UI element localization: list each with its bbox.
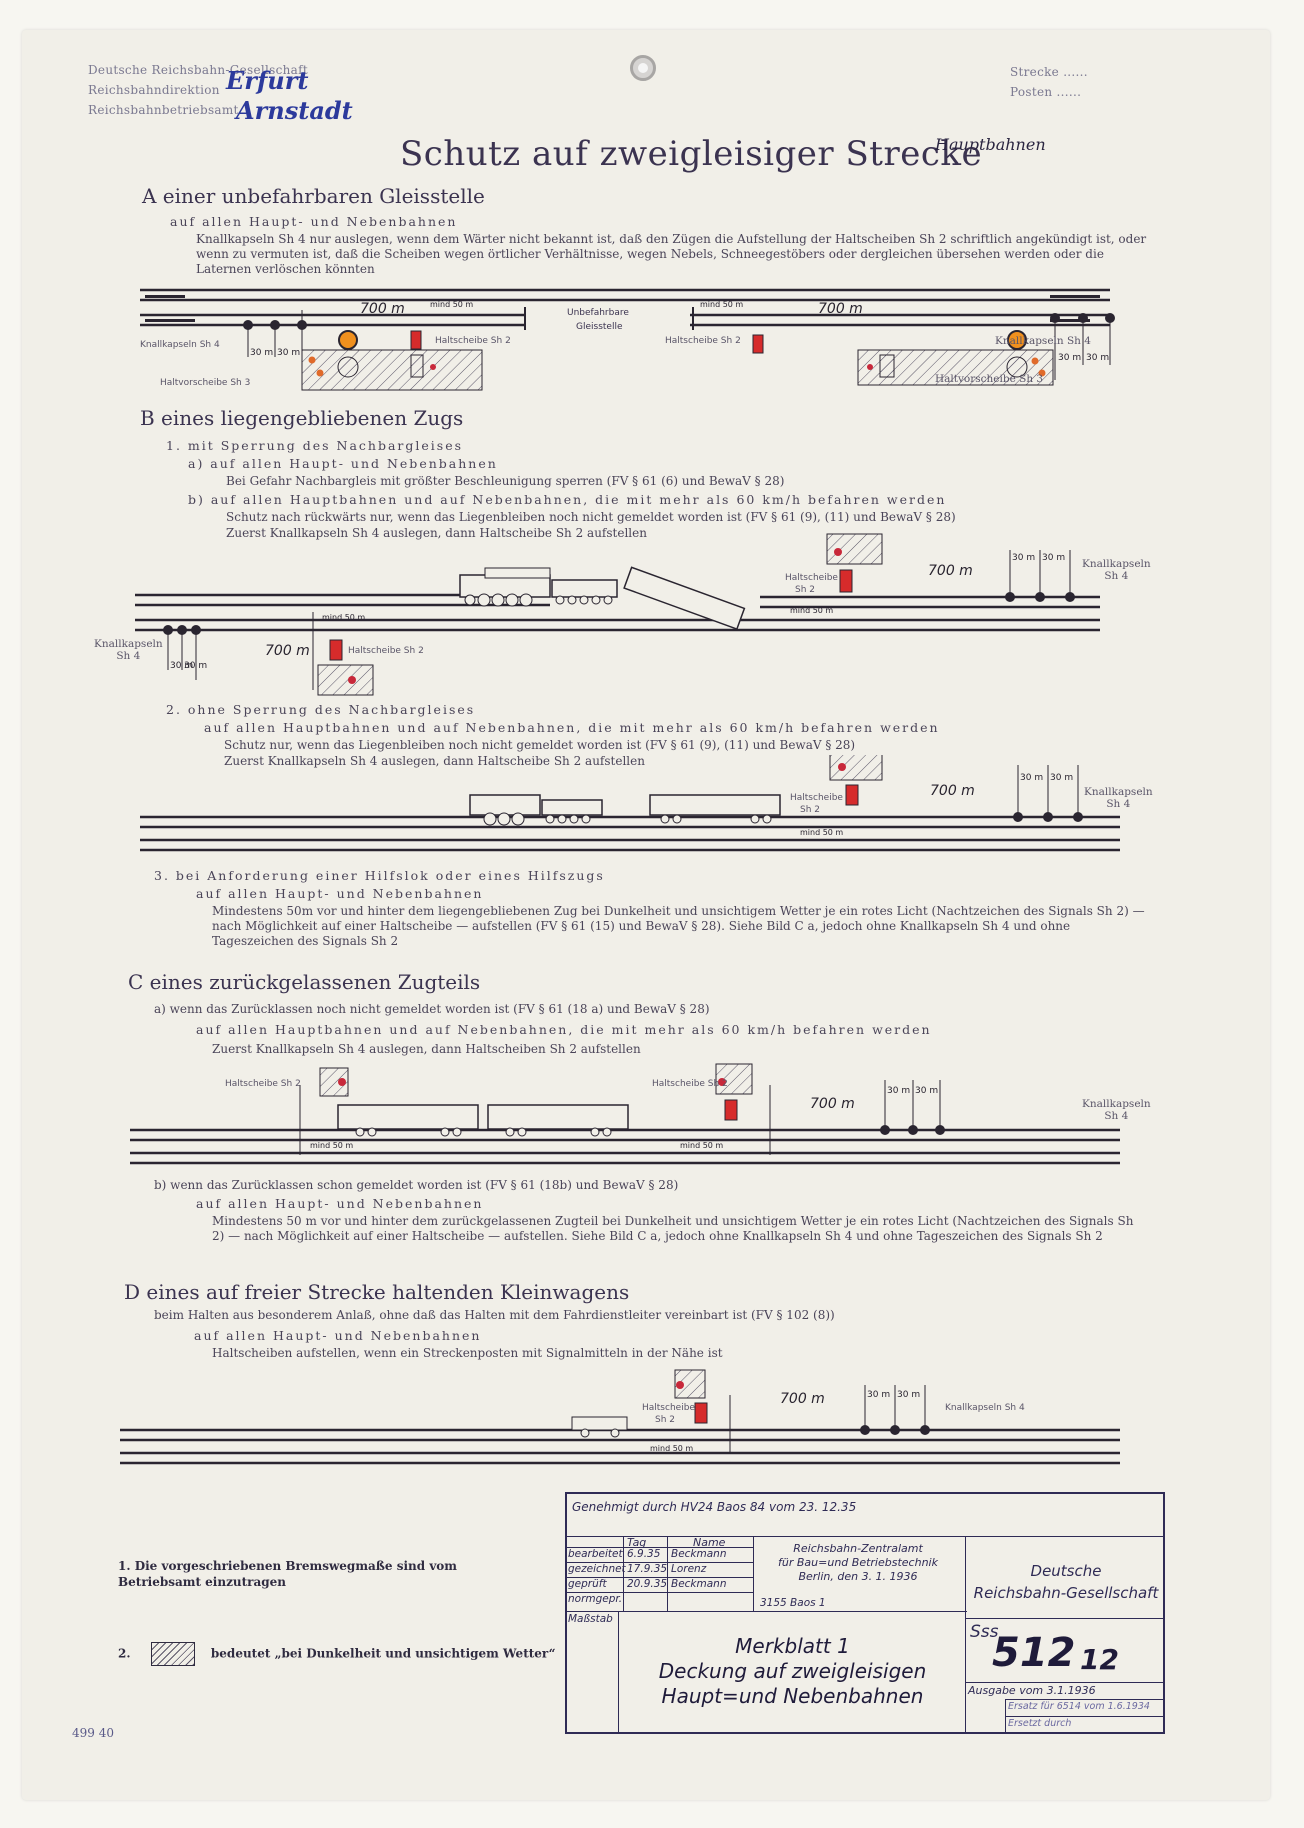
row-name: Beckmann [671,1578,727,1590]
halt2-label: Haltscheibe Sh 2 [225,1079,301,1089]
divider [565,1577,753,1578]
divider [753,1536,754,1611]
distance-handwritten: 700 m [265,643,310,659]
cb-title: b) wenn das Zurücklassen schon gemeldet … [154,1178,678,1193]
mind-label: mind 50 m [310,1141,353,1150]
spacing-label: 30 m [1042,553,1065,563]
center-label: Gleisstelle [576,322,623,332]
ca-text: Zuerst Knallkapseln Sh 4 auslegen, dann … [212,1042,641,1057]
section-a-scope: auf allen Haupt- und Nebenbahnen [170,214,457,229]
knall-label-right: KnallkapselnSh 4 [1082,558,1151,582]
row-tag: 6.9.35 [627,1548,660,1560]
title-annotation: Hauptbahnen [935,135,1046,154]
note-text: Die vorgeschriebenen Bremswegmaße sind v… [118,1559,457,1589]
mind-label: mind 50 m [650,1444,693,1453]
strecke-field: Strecke ...... [1010,62,1088,82]
scale-label: Maßstab [568,1613,613,1625]
halt2-label: Sh 2 [800,805,820,815]
knall-label-right: KnallkapselnSh 4 [1084,786,1153,810]
cb-text: Mindestens 50 m vor und hinter dem zurüc… [212,1214,1147,1244]
direktion-handwritten: Erfurt [226,66,308,95]
spacing-label: 30 m [1012,553,1035,563]
knall-label: Knallkapseln Sh 4 [945,1403,1025,1413]
row-name: Beckmann [671,1548,727,1560]
ausgabe: Ausgabe vom 3.1.1936 [968,1684,1096,1697]
divider [1005,1699,1165,1700]
center-label: Unbefahrbare [567,308,629,318]
b2-title: 2. ohne Sperrung des Nachbargleises [166,702,475,717]
distance-handwritten: 700 m [780,1391,825,1407]
knall-label-line: Knallkapseln [1082,558,1151,570]
ersatz-fuer: Ersatz für 6514 vom 1.6.1934 [1008,1701,1150,1712]
divider [1005,1716,1165,1717]
b3-text: Mindestens 50m vor und hinter dem liegen… [212,904,1147,949]
b1b-text1: Schutz nach rückwärts nur, wenn das Lieg… [226,510,956,525]
b2-scope: auf allen Hauptbahnen und auf Nebenbahne… [204,720,940,735]
reference: 3155 Baos 1 [760,1597,826,1609]
b3-title: 3. bei Anforderung einer Hilfslok oder e… [154,868,605,883]
spacing-label: 30 m [915,1086,938,1096]
halt2-label: Haltscheibe [642,1403,695,1413]
approval-note: Genehmigt durch HV24 Baos 84 vom 23. 12.… [572,1500,856,1514]
knall-label-line: Sh 4 [94,650,163,662]
sheet-title: Merkblatt 1 Deckung auf zweigleisigen Ha… [620,1634,965,1709]
divider [565,1562,753,1563]
halt2-label: Haltscheibe Sh 2 [652,1079,728,1089]
divider [618,1611,619,1734]
d-text2: Haltscheiben aufstellen, wenn ein Streck… [212,1346,723,1361]
cb-scope: auf allen Haupt- und Nebenbahnen [196,1196,483,1211]
sheet-title-line: Merkblatt 1 [620,1634,965,1659]
row-label: geprüft [568,1578,607,1590]
divider [565,1611,967,1612]
halt2-label: Haltscheibe [785,573,838,583]
office-block: Reichsbahn-Zentralamt für Bau=und Betrie… [758,1542,958,1584]
distance-handwritten: 700 m [810,1096,855,1112]
mind-label: mind 50 m [700,300,743,309]
knall-label-line: Sh 4 [1084,798,1153,810]
section-a-heading: A einer unbefahrbaren Gleisstelle [142,184,485,208]
row-name: Lorenz [671,1563,706,1575]
note-number: 1. [118,1559,131,1573]
note-number: 2. [118,1647,131,1661]
mind-label: mind 50 m [322,613,365,622]
halt2-label: Haltscheibe Sh 2 [665,336,741,346]
spacing-label: 30 m [277,348,300,358]
diagram-b2: Haltscheibe Sh 2 700 m mind 50 m 30 m 30… [130,755,1130,855]
office-line: Reichsbahn-Zentralamt [758,1542,958,1556]
distance-handwritten: 700 m [360,301,405,317]
approval-table: Tag Name bearbeitet 6.9.35 Beckmann geze… [565,1536,753,1611]
knall-label-right: Knallkapseln Sh 4 [995,335,1091,347]
halt2-label: Sh 2 [795,585,815,595]
note-2: 2. bedeutet „bei Dunkelheit und unsichti… [118,1642,556,1666]
divider [965,1618,1165,1619]
halt2-label: Haltscheibe [790,793,843,803]
number-main: 512 [992,1630,1076,1676]
betriebsamt-handwritten: Arnstadt [236,96,353,125]
section-a-text: Knallkapseln Sh 4 nur auslegen, wenn dem… [196,232,1156,277]
halt3-label: Haltvorscheibe Sh 3 [160,378,250,388]
spacing-label: 30 m [184,661,207,671]
right-fields: Strecke ...... Posten ...... [1010,62,1088,102]
divider [667,1536,668,1611]
b1-title: 1. mit Sperrung des Nachbargleises [166,438,463,453]
sheet-title-line: Deckung auf zweigleisigen [620,1659,965,1684]
spacing-label: 30 m [1058,353,1081,363]
d-scope: auf allen Haupt- und Nebenbahnen [194,1328,481,1343]
knall-label-right: KnallkapselnSh 4 [1082,1098,1151,1122]
sheet-title-line: Haupt=und Nebenbahnen [620,1684,965,1709]
office-line: Berlin, den 3. 1. 1936 [758,1570,958,1584]
spacing-label: 30 m [897,1390,920,1400]
divider [565,1592,753,1593]
section-c-heading: C eines zurückgelassenen Zugteils [128,970,480,994]
section-b-heading: B eines liegengebliebenen Zugs [140,406,463,430]
divider [965,1682,1165,1683]
halt2-label: Haltscheibe Sh 2 [348,646,424,656]
knall-label-left: KnallkapselnSh 4 [94,638,163,662]
print-number: 499 40 [72,1726,114,1740]
knall-label-line: Knallkapseln [1084,786,1153,798]
mind-label: mind 50 m [800,828,843,837]
divider [623,1536,624,1611]
b1b-scope: b) auf allen Hauptbahnen und auf Nebenba… [188,492,946,507]
spacing-label: 30 m [250,348,273,358]
company-name: Deutsche Reichsbahn-Gesellschaft [968,1560,1164,1604]
spacing-label: 30 m [887,1086,910,1096]
knall-label-line: Sh 4 [1082,1110,1151,1122]
d-text1: beim Halten aus besonderem Anlaß, ohne d… [154,1308,835,1323]
company-line: Deutsche [968,1560,1164,1582]
company-line: Reichsbahn-Gesellschaft [968,1582,1164,1604]
distance-handwritten: 700 m [930,783,975,799]
row-tag: 17.9.35 [627,1563,667,1575]
b2-text1: Schutz nur, wenn das Liegenbleiben noch … [224,738,855,753]
spacing-label: 30 m [1086,353,1109,363]
spacing-label: 30 m [1020,773,1043,783]
hatch-legend-icon [151,1642,195,1666]
ersetzt-durch: Ersetzt durch [1008,1718,1071,1729]
note-text: bedeutet „bei Dunkelheit und unsichtigem… [211,1647,556,1661]
ca-scope: auf allen Hauptbahnen und auf Nebenbahne… [196,1022,932,1037]
row-label: gezeichnet [568,1563,626,1575]
office-line: für Bau=und Betriebstechnik [758,1556,958,1570]
row-label: normgepr. [568,1593,622,1605]
distance-handwritten: 700 m [818,301,863,317]
diagram-c: Haltscheibe Sh 2 mind 50 m Haltscheibe S… [120,1060,1140,1170]
knall-label-line: Knallkapseln [94,638,163,650]
b1a-scope: a) auf allen Haupt- und Nebenbahnen [188,456,498,471]
divider [565,1547,753,1548]
b3-scope: auf allen Haupt- und Nebenbahnen [196,886,483,901]
knall-label: Knallkapseln Sh 4 [140,340,220,350]
number-sub: 12 [1080,1643,1119,1676]
row-label: bearbeitet [568,1548,623,1560]
hanging-eyelet [630,55,656,81]
knall-label-line: Knallkapseln [1082,1098,1151,1110]
posten-field: Posten ...... [1010,82,1088,102]
row-tag: 20.9.35 [627,1578,667,1590]
note-1: 1. Die vorgeschriebenen Bremswegmaße sin… [118,1558,538,1590]
distance-handwritten: 700 m [928,563,973,579]
halt2-label: Sh 2 [655,1415,675,1425]
diagram-d: Haltscheibe Sh 2 mind 50 m 700 m 30 m 30… [120,1365,1130,1475]
page-title: Schutz auf zweigleisiger Strecke [400,134,982,174]
halt2-label: Haltscheibe Sh 2 [435,336,511,346]
diagram-b1: 30 m 30 m 700 m mind 50 m Haltscheibe Sh… [90,530,1140,700]
section-d-heading: D eines auf freier Strecke haltenden Kle… [124,1280,629,1304]
mind-label: mind 50 m [680,1141,723,1150]
knall-label-line: Sh 4 [1082,570,1151,582]
ca-title: a) wenn das Zurücklassen noch nicht geme… [154,1002,710,1017]
b1a-text: Bei Gefahr Nachbargleis mit größter Besc… [226,474,784,489]
mind-label: mind 50 m [790,606,833,615]
halt3-label-right: Haltvorscheibe Sh 3 [935,373,1043,385]
spacing-label: 30 m [1050,773,1073,783]
mind-label: mind 50 m [430,300,473,309]
spacing-label: 30 m [867,1390,890,1400]
